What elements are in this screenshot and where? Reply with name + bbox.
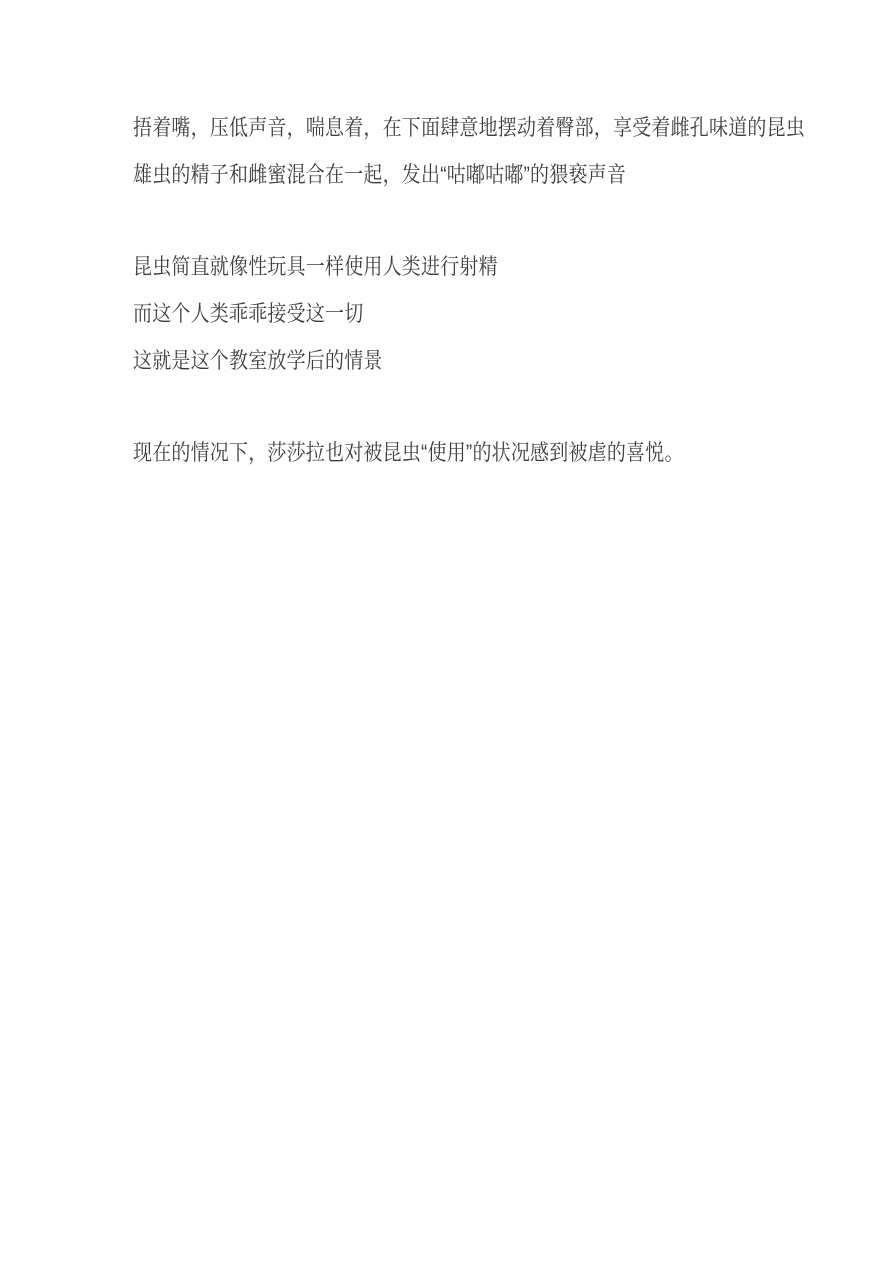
paragraph: 现在的情况下，莎莎拉也对被昆虫“使用”的状况感到被虐的喜悦。 [133, 430, 852, 477]
paragraph: 昆虫简直就像性玩具一样使用人类进行射精而这个人类乖乖接受这一切这就是这个教室放学… [133, 244, 852, 385]
text-line: 这就是这个教室放学后的情景 [133, 334, 852, 389]
text-line: 现在的情况下，莎莎拉也对被昆虫“使用”的状况感到被虐的喜悦。 [133, 426, 852, 481]
document-page: 捂着嘴，压低声音，喘息着，在下面肆意地摆动着臀部，享受着雌孔味道的昆虫雄虫的精子… [0, 0, 892, 1262]
text-line: 雄虫的精子和雌蜜混合在一起，发出“咕嘟咕嘟”的猥亵声音 [133, 148, 852, 203]
paragraph: 捂着嘴，压低声音，喘息着，在下面肆意地摆动着臀部，享受着雌孔味道的昆虫雄虫的精子… [133, 105, 852, 199]
